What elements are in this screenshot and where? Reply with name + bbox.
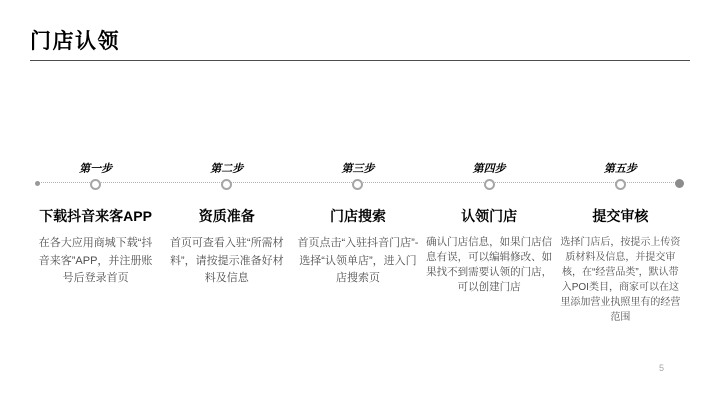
step-title: 认领门店 bbox=[461, 207, 517, 226]
step-description: 首页点击“入驻抖音门店”-选择“认领单店”，进入门店搜索页 bbox=[296, 235, 420, 288]
step-description: 在各大应用商城下载“抖音来客”APP，并注册账号后登录首页 bbox=[34, 235, 158, 288]
timeline-node-icon bbox=[615, 179, 626, 190]
timeline-node-icon bbox=[221, 179, 232, 190]
step-label: 第一步 bbox=[79, 162, 112, 176]
step-label: 第五步 bbox=[604, 162, 637, 176]
step-column-4: 第四步 认领门店 确认门店信息，如果门店信息有误，可以编辑修改、如果找不到需要认… bbox=[424, 162, 555, 325]
step-column-5: 第五步 提交审核 选择门店后，按提示上传资质材料及信息，并提交审核，在“经营品类… bbox=[555, 162, 686, 325]
page-number: 5 bbox=[659, 363, 664, 373]
title-underline bbox=[30, 60, 690, 61]
step-label: 第二步 bbox=[210, 162, 243, 176]
step-description: 确认门店信息，如果门店信息有误，可以编辑修改、如果找不到需要认领的门店，可以创建… bbox=[425, 235, 553, 295]
steps-row: 第一步 下载抖音来客APP 在各大应用商城下载“抖音来客”APP，并注册账号后登… bbox=[30, 162, 686, 325]
page-title: 门店认领 bbox=[30, 29, 120, 55]
step-label: 第四步 bbox=[473, 162, 506, 176]
step-title: 提交审核 bbox=[592, 207, 648, 226]
step-description: 首页可查看入驻“所需材料”，请按提示准备好材料及信息 bbox=[165, 235, 289, 288]
timeline-node-icon bbox=[352, 179, 363, 190]
timeline-node-icon bbox=[484, 179, 495, 190]
step-title: 下载抖音来客APP bbox=[39, 207, 152, 226]
step-column-2: 第二步 资质准备 首页可查看入驻“所需材料”，请按提示准备好材料及信息 bbox=[161, 162, 292, 325]
step-column-3: 第三步 门店搜索 首页点击“入驻抖音门店”-选择“认领单店”，进入门店搜索页 bbox=[292, 162, 423, 325]
step-label: 第三步 bbox=[341, 162, 374, 176]
step-description: 选择门店后，按提示上传资质材料及信息，并提交审核，在“经营品类”，默认带入POI… bbox=[557, 235, 683, 325]
presentation-slide: 门店认领 第一步 下载抖音来客APP 在各大应用商城下载“抖音来客”APP，并注… bbox=[0, 0, 720, 405]
step-title: 门店搜索 bbox=[330, 207, 386, 226]
timeline-node-icon bbox=[90, 179, 101, 190]
step-title: 资质准备 bbox=[199, 207, 255, 226]
step-column-1: 第一步 下载抖音来客APP 在各大应用商城下载“抖音来客”APP，并注册账号后登… bbox=[30, 162, 161, 325]
